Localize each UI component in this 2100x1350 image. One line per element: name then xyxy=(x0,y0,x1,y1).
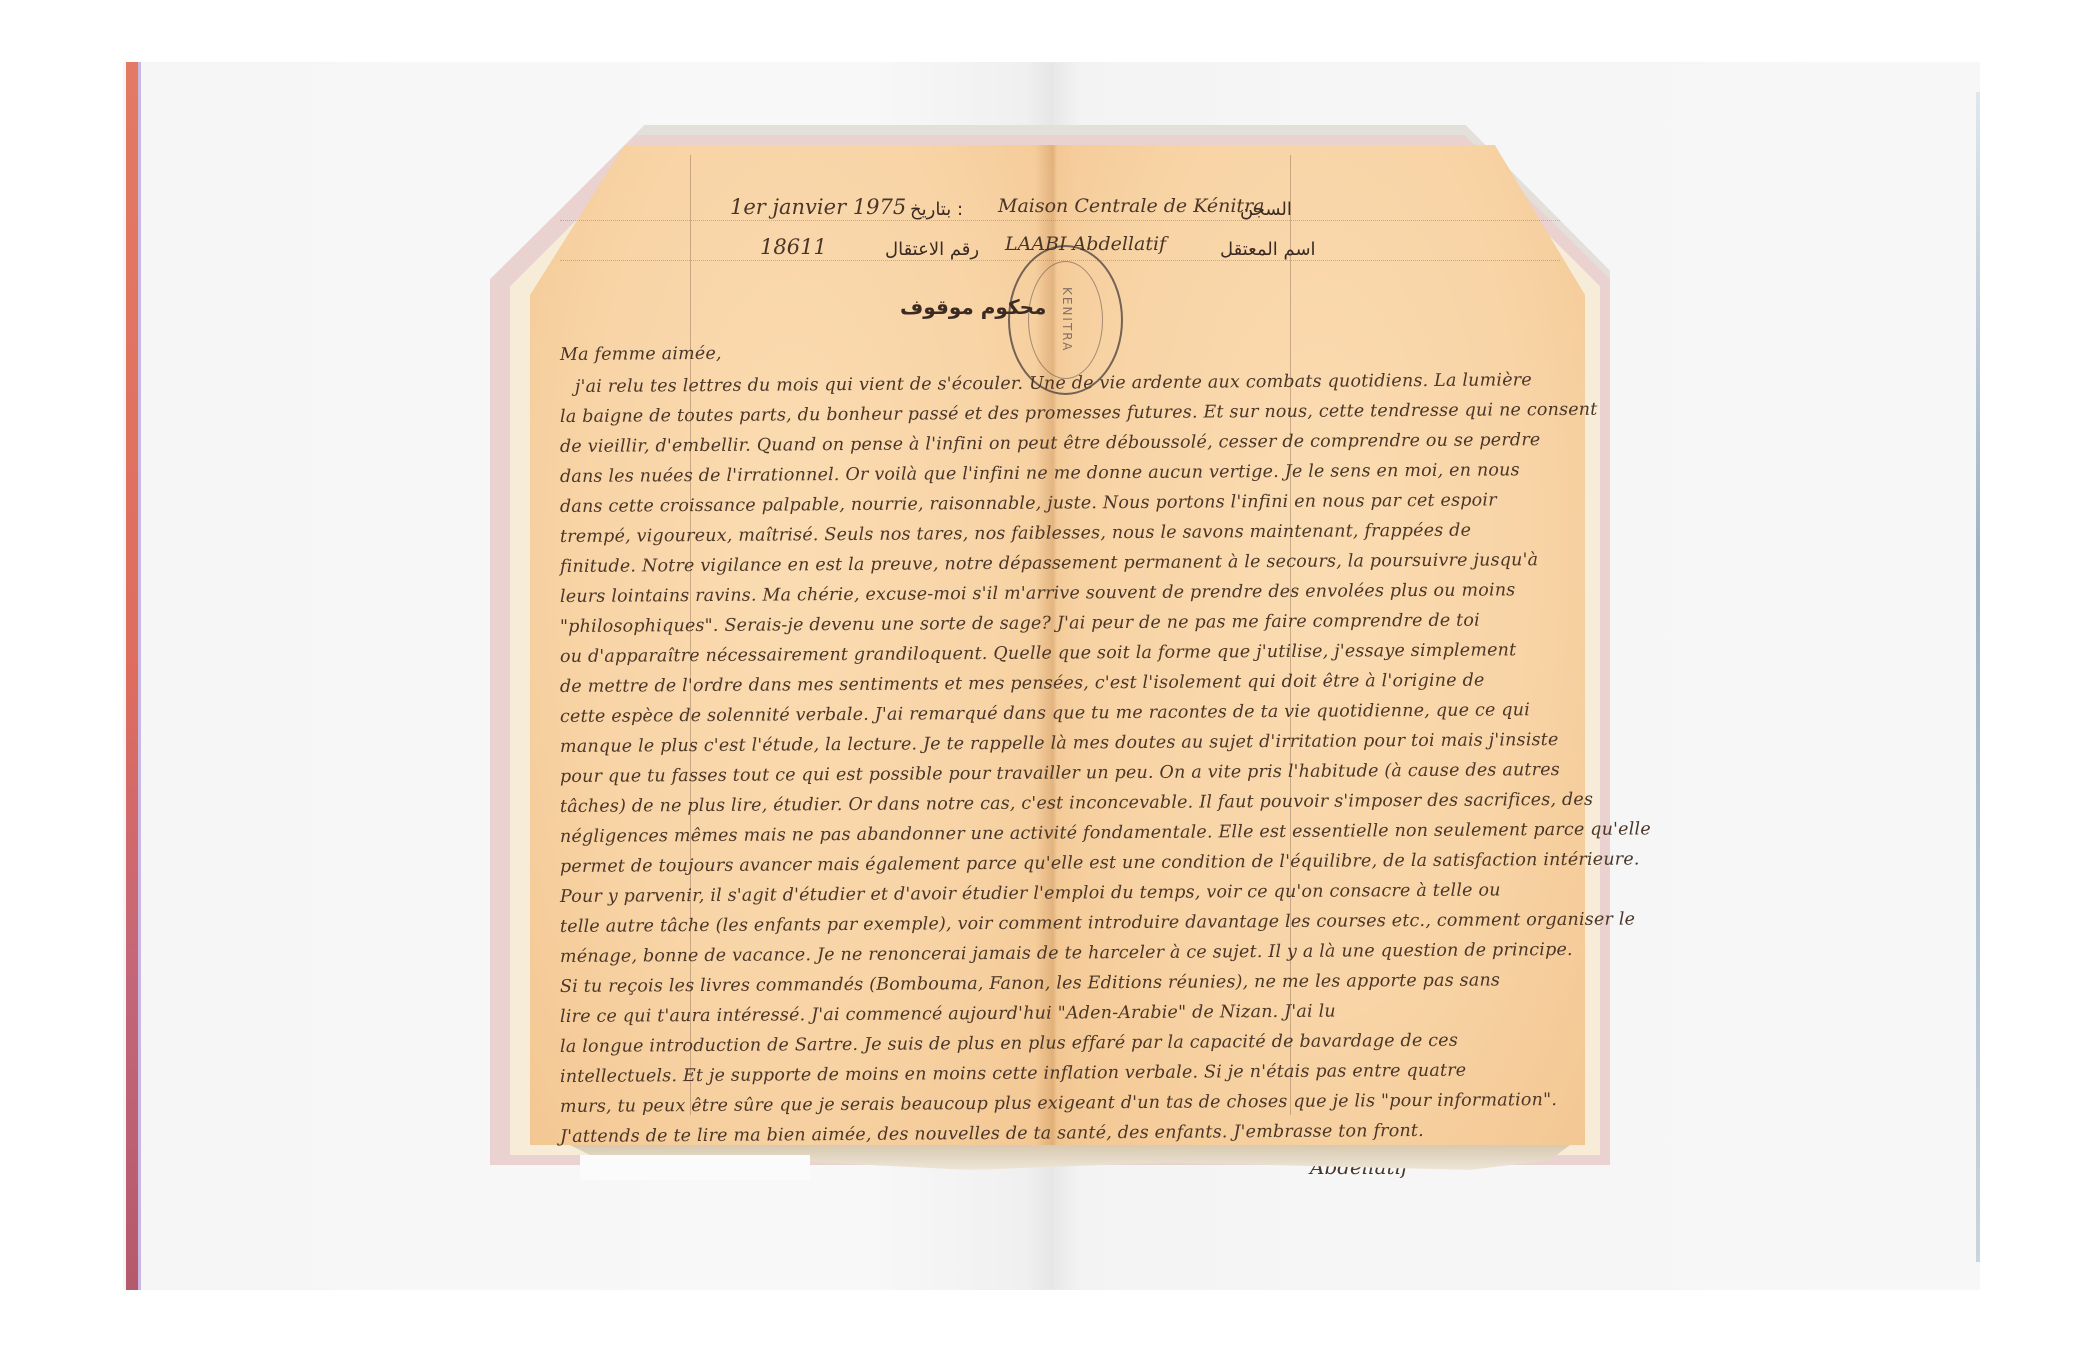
right-page-edge xyxy=(1976,92,1980,1262)
rule-line xyxy=(560,260,1560,261)
letter-date: 1er janvier 1975 xyxy=(730,195,906,219)
prison-notebook-photo: 1er janvier 1975 بتاريخ : Maison Central… xyxy=(480,115,1630,1200)
page-edge-line xyxy=(138,62,141,1290)
date-label-arabic: بتاريخ : xyxy=(910,199,963,220)
stamp-text: KENITRA xyxy=(1060,287,1074,352)
detainee-number: 18611 xyxy=(760,235,827,259)
paper-scrap xyxy=(580,1155,810,1180)
prison-label-arabic: السجن xyxy=(1240,199,1292,220)
rule-line xyxy=(560,220,1560,221)
name-label-arabic: اسم المعتقل xyxy=(1220,239,1316,260)
page-edge-color-strip xyxy=(126,62,138,1290)
prison-name: Maison Centrale de Kénitra xyxy=(998,195,1264,217)
number-label-arabic: رقم الاعتقال xyxy=(885,239,979,260)
letter-salutation: Ma femme aimée, xyxy=(560,344,722,365)
